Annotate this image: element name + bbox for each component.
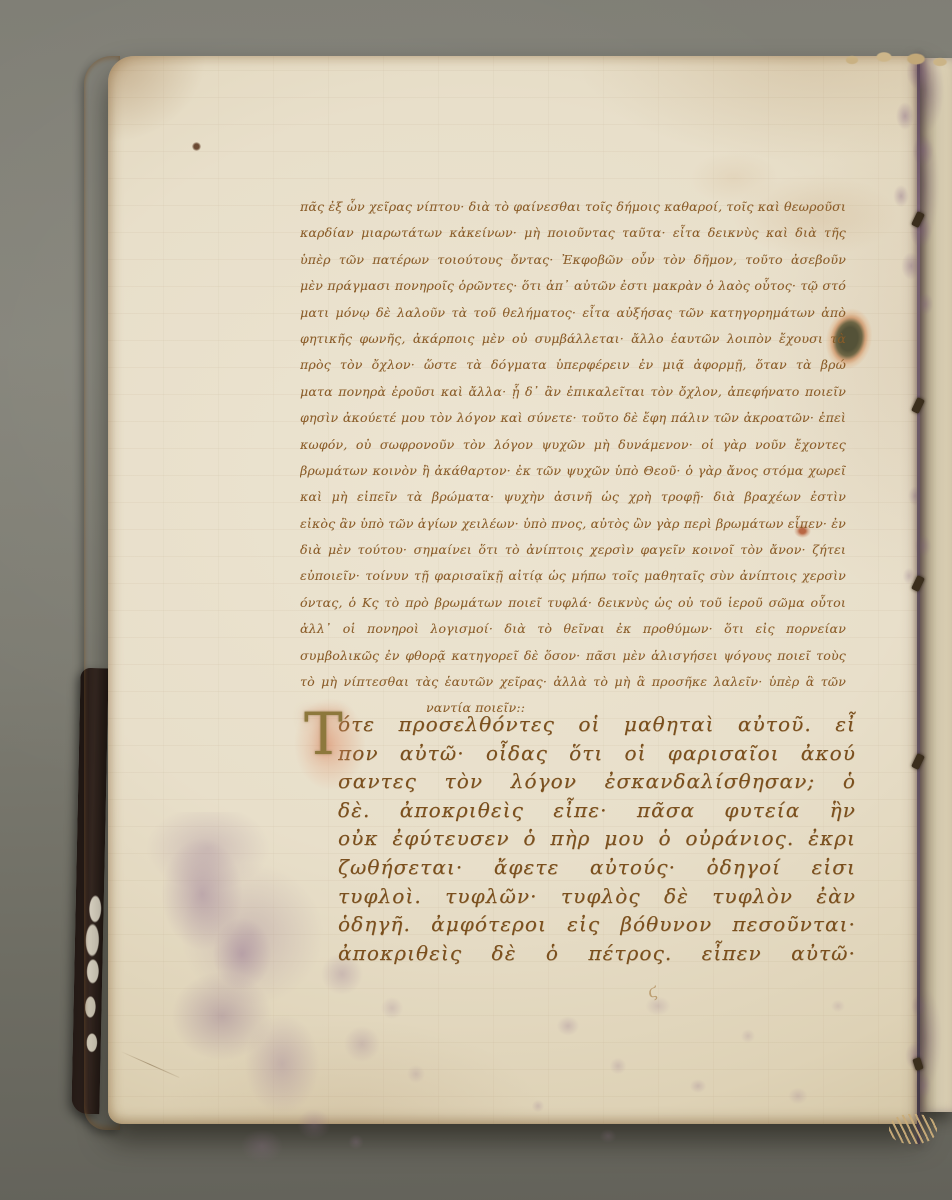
flourish-mark: ϛ bbox=[646, 983, 660, 1002]
commentary-line: κωφόν, οὐ σωφρονοῦν τὸν λόγον ψυχῶν μὴ δ… bbox=[300, 432, 846, 458]
gospel-line: δὲ. ἀποκριθεὶς εἶπε· πᾶσα φυτεία ἣν bbox=[338, 796, 856, 825]
commentary-line: ματι μόνῳ δὲ λαλοῦν τὰ τοῦ θελήματος· εἶ… bbox=[300, 300, 846, 326]
gospel-line: ζωθήσεται· ἄφετε αὐτούς· ὁδηγοί εἰσι bbox=[338, 853, 856, 882]
commentary-line: ἀλλ᾽ οἱ πονηροὶ λογισμοί· διὰ τὸ θεῖναι … bbox=[300, 616, 846, 642]
commentary-line: διὰ μὲν τούτου· σημαίνει ὅτι τὸ ἀνίπτοις… bbox=[300, 537, 846, 563]
manuscript-page: πᾶς ἐξ ὧν χεῖρας νίπτου· διὰ τὸ φαίνεσθα… bbox=[108, 56, 920, 1124]
gospel-line: ότε προσελθόντες οἱ μαθηταὶ αὐτοῦ. εἶ bbox=[338, 710, 856, 739]
commentary-line: εἰκὸς ἂν ὑπὸ τῶν ἁγίων χειλέων· ὑπὸ πνος… bbox=[300, 511, 846, 537]
gospel-line: οὐκ ἐφύτευσεν ὁ πὴρ μου ὁ οὐράνιος. ἐκρι bbox=[338, 824, 856, 853]
ink-spot bbox=[192, 142, 201, 151]
commentary-line: τὸ μὴ νίπτεσθαι τὰς ἑαυτῶν χεῖρας· ἀλλὰ … bbox=[300, 669, 846, 695]
commentary-line: όντας, ὁ Κς τὸ πρὸ βρωμάτων ποιεῖ τυφλά·… bbox=[300, 590, 846, 616]
commentary-line: ὑπὲρ τῶν πατέρων τοιούτους ὄντας· Ἐκφοβῶ… bbox=[300, 247, 846, 273]
photo-backdrop: πᾶς ἐξ ὧν χεῖρας νίπτου· διὰ τὸ φαίνεσθα… bbox=[0, 0, 952, 1200]
gospel-block: Τ ότε προσελθόντες οἱ μαθηταὶ αὐτοῦ. εἶ … bbox=[338, 710, 856, 967]
commentary-line: πρὸς τὸν ὄχλον· ὥστε τὰ δόγματα ὑπερφέρε… bbox=[300, 352, 846, 378]
gospel-line: σαντες τὸν λόγον ἐσκανδαλίσθησαν; ὁ bbox=[338, 767, 856, 796]
commentary-line: ματα πονηρὰ ἐροῦσι καὶ ἄλλα· ᾗ δ᾽ ἂν ἐπι… bbox=[300, 379, 846, 405]
commentary-line: φητικῆς φωνῆς, ἀκάρποις μὲν οὐ συμβάλλετ… bbox=[300, 326, 846, 352]
commentary-line: καὶ μὴ εἰπεῖν τὰ βρώματα· ψυχὴν ἀσινῆ ὡς… bbox=[300, 484, 846, 510]
commentary-line: εὐποιεῖν· τοίνυν τῇ φαρισαϊκῇ αἰτίᾳ ὡς μ… bbox=[300, 563, 846, 589]
initial-letter: Τ bbox=[304, 703, 352, 767]
corner-fold-crease bbox=[121, 1051, 180, 1078]
facing-page-sliver bbox=[919, 58, 952, 1112]
gospel-line: ὁδηγῆ. ἀμφότεροι εἰς βόθυνον πεσοῦνται· bbox=[338, 910, 856, 939]
gospel-line: ἀποκριθεὶς δὲ ὁ πέτρος. εἶπεν αὐτῶ· bbox=[338, 939, 856, 968]
commentary-line: καρδίαν μιαρωτάτων κἀκείνων· μὴ ποιοῦντα… bbox=[300, 220, 846, 246]
commentary-line: φησὶν ἀκούετέ μου τὸν λόγον καὶ σύνετε· … bbox=[300, 405, 846, 431]
gospel-line: πον αὐτῶ· οἶδας ὅτι οἱ φαρισαῖοι ἀκού bbox=[338, 739, 856, 768]
commentary-line: πᾶς ἐξ ὧν χεῖρας νίπτου· διὰ τὸ φαίνεσθα… bbox=[300, 194, 846, 220]
commentary-line: συμβολικῶς ἐν φθορᾷ κατηγορεῖ δὲ ὅσον· π… bbox=[300, 643, 846, 669]
commentary-line: μὲν πράγμασι πονηροῖς ὁρῶντες· ὅτι ἀπ᾽ α… bbox=[300, 273, 846, 299]
commentary-line: βρωμάτων κοινὸν ἢ ἀκάθαρτον· ἐκ τῶν ψυχῶ… bbox=[300, 458, 846, 484]
gospel-line: τυφλοὶ. τυφλῶν· τυφλὸς δὲ τυφλὸν ἐὰν bbox=[338, 882, 856, 911]
commentary-block: πᾶς ἐξ ὧν χεῖρας νίπτου· διὰ τὸ φαίνεσθα… bbox=[300, 194, 846, 722]
